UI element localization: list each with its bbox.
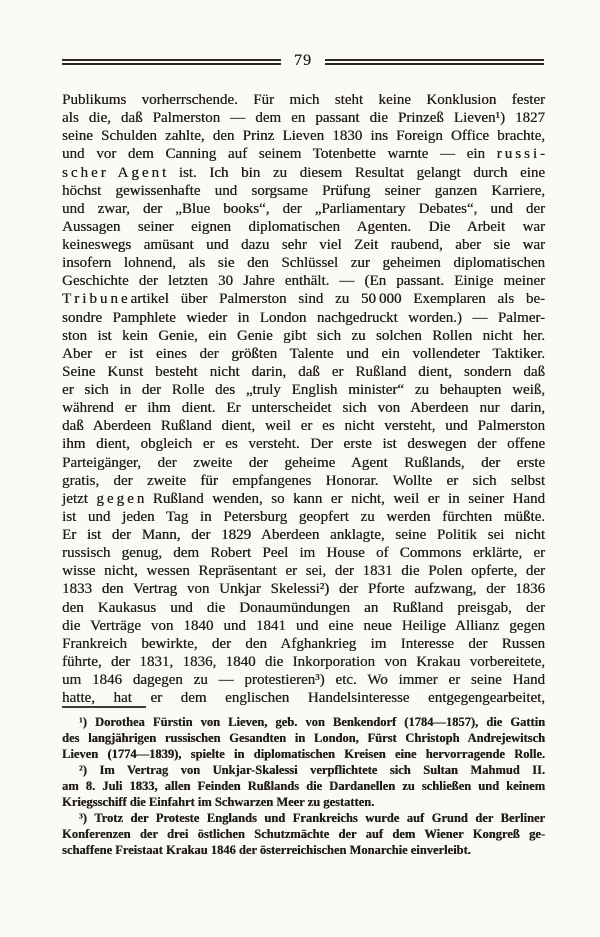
footnote-line: Lieven (1774—1839), spielte in diplomati…	[62, 746, 545, 762]
text-line: Seine Kunst besteht nicht darin, daß er …	[62, 363, 545, 381]
text-line: Aussagen seiner eignen diplomatischen Ag…	[62, 218, 545, 236]
footnote-line: ³) Trotz der Proteste Englands und Frank…	[62, 810, 545, 826]
footnote-line: ²) Im Vertrag von Unkjar-Skalessi verpfl…	[62, 762, 545, 778]
text-line: während er ihm dient. Er unterscheidet s…	[62, 399, 545, 417]
text-line: führte, der 1831, 1836, 1840 die Inkorpo…	[62, 653, 545, 671]
text-line: seine Schulden zahlte, den Prinz Lieven …	[62, 127, 545, 145]
footnotes: ¹) Dorothea Fürstin von Lieven, geb. von…	[62, 714, 545, 858]
text-line: s c h e r A g e n t ist. Ich bin zu dies…	[62, 164, 545, 182]
text-line: als die, daß Palmerston — dem en passant…	[62, 109, 545, 127]
header-rule-right	[325, 59, 544, 65]
footnote-line: Kriegsschiff die Einfahrt im Schwarzen M…	[62, 794, 545, 810]
footnote-line: des langjährigen russischen Gesandten in…	[62, 730, 545, 746]
text-line: Publikums vorherrschende. Für mich steht…	[62, 91, 545, 109]
text-line: russisch genug, dem Robert Peel im House…	[62, 544, 545, 562]
text-line: und vor dem Canning auf seinem Totenbett…	[62, 145, 545, 163]
text-line: Aber er ist eines der größten Talente un…	[62, 345, 545, 363]
text-line: sondre Pamphlete wieder in London nachge…	[62, 309, 545, 327]
text-line: daß Aberdeen Rußland dient, weil er es n…	[62, 417, 545, 435]
text-line: den Kaukasus und die Donaumündungen an R…	[62, 599, 545, 617]
footnote-separator	[62, 706, 146, 708]
text-line: jetzt g e g e n Rußland wenden, so kann …	[62, 490, 545, 508]
text-line: hatte, hat er dem englischen Handelsinte…	[62, 689, 545, 707]
text-line: 1833 den Vertrag von Unkjar Skelessi²) d…	[62, 580, 545, 598]
page-header: 79	[62, 54, 544, 70]
page-number: 79	[294, 53, 312, 69]
text-line: Frankreich bewirkte, der den Afghankrieg…	[62, 635, 545, 653]
text-line: um 1846 dagegen zu — protestieren³) etc.…	[62, 671, 545, 689]
body-text: Publikums vorherrschende. Für mich steht…	[62, 91, 545, 707]
text-line: Parteigänger, der zweite der geheime Age…	[62, 454, 545, 472]
text-line: keineswegs amüsant und dazu sehr viel Ze…	[62, 236, 545, 254]
text-line: die Verträge von 1840 und 1841 und eine …	[62, 617, 545, 635]
book-page: 79 Publikums vorherrschende. Für mich st…	[0, 0, 600, 937]
text-line: höchst gewissenhafte und sorgsame Prüfun…	[62, 182, 545, 200]
footnote-line: am 8. Juli 1833, allen Feinden Rußlands …	[62, 778, 545, 794]
text-line: T r i b u n e artikel über Palmerston si…	[62, 290, 545, 308]
text-line: er sich in der Rolle des „truly English …	[62, 381, 545, 399]
footnote-line: ¹) Dorothea Fürstin von Lieven, geb. von…	[62, 714, 545, 730]
text-line: gratis, der zweite für empfangenes Honor…	[62, 472, 545, 490]
text-line: Geschichte der letzten 30 Jahre enthält.…	[62, 272, 545, 290]
text-line: ston ist kein Genie, ein Genie gibt sich…	[62, 327, 545, 345]
footnote-line: Konferenzen der drei östlichen Schutzmäc…	[62, 826, 545, 842]
text-line: wisse nicht, wessen Repräsentant er sei,…	[62, 562, 545, 580]
header-rule-left	[62, 59, 281, 65]
text-line: ihm dient, obgleich er es versteht. Der …	[62, 435, 545, 453]
text-line: und zwar, der „Blue books“, der „Parliam…	[62, 200, 545, 218]
footnote-line: schaffene Freistaat Krakau 1846 der öste…	[62, 842, 545, 858]
text-line: Er ist der Mann, der 1829 Aberdeen ankla…	[62, 526, 545, 544]
text-line: insofern lohnend, als sie den Schlüssel …	[62, 254, 545, 272]
text-line: ist und jeden Tag in Petersburg geopfert…	[62, 508, 545, 526]
